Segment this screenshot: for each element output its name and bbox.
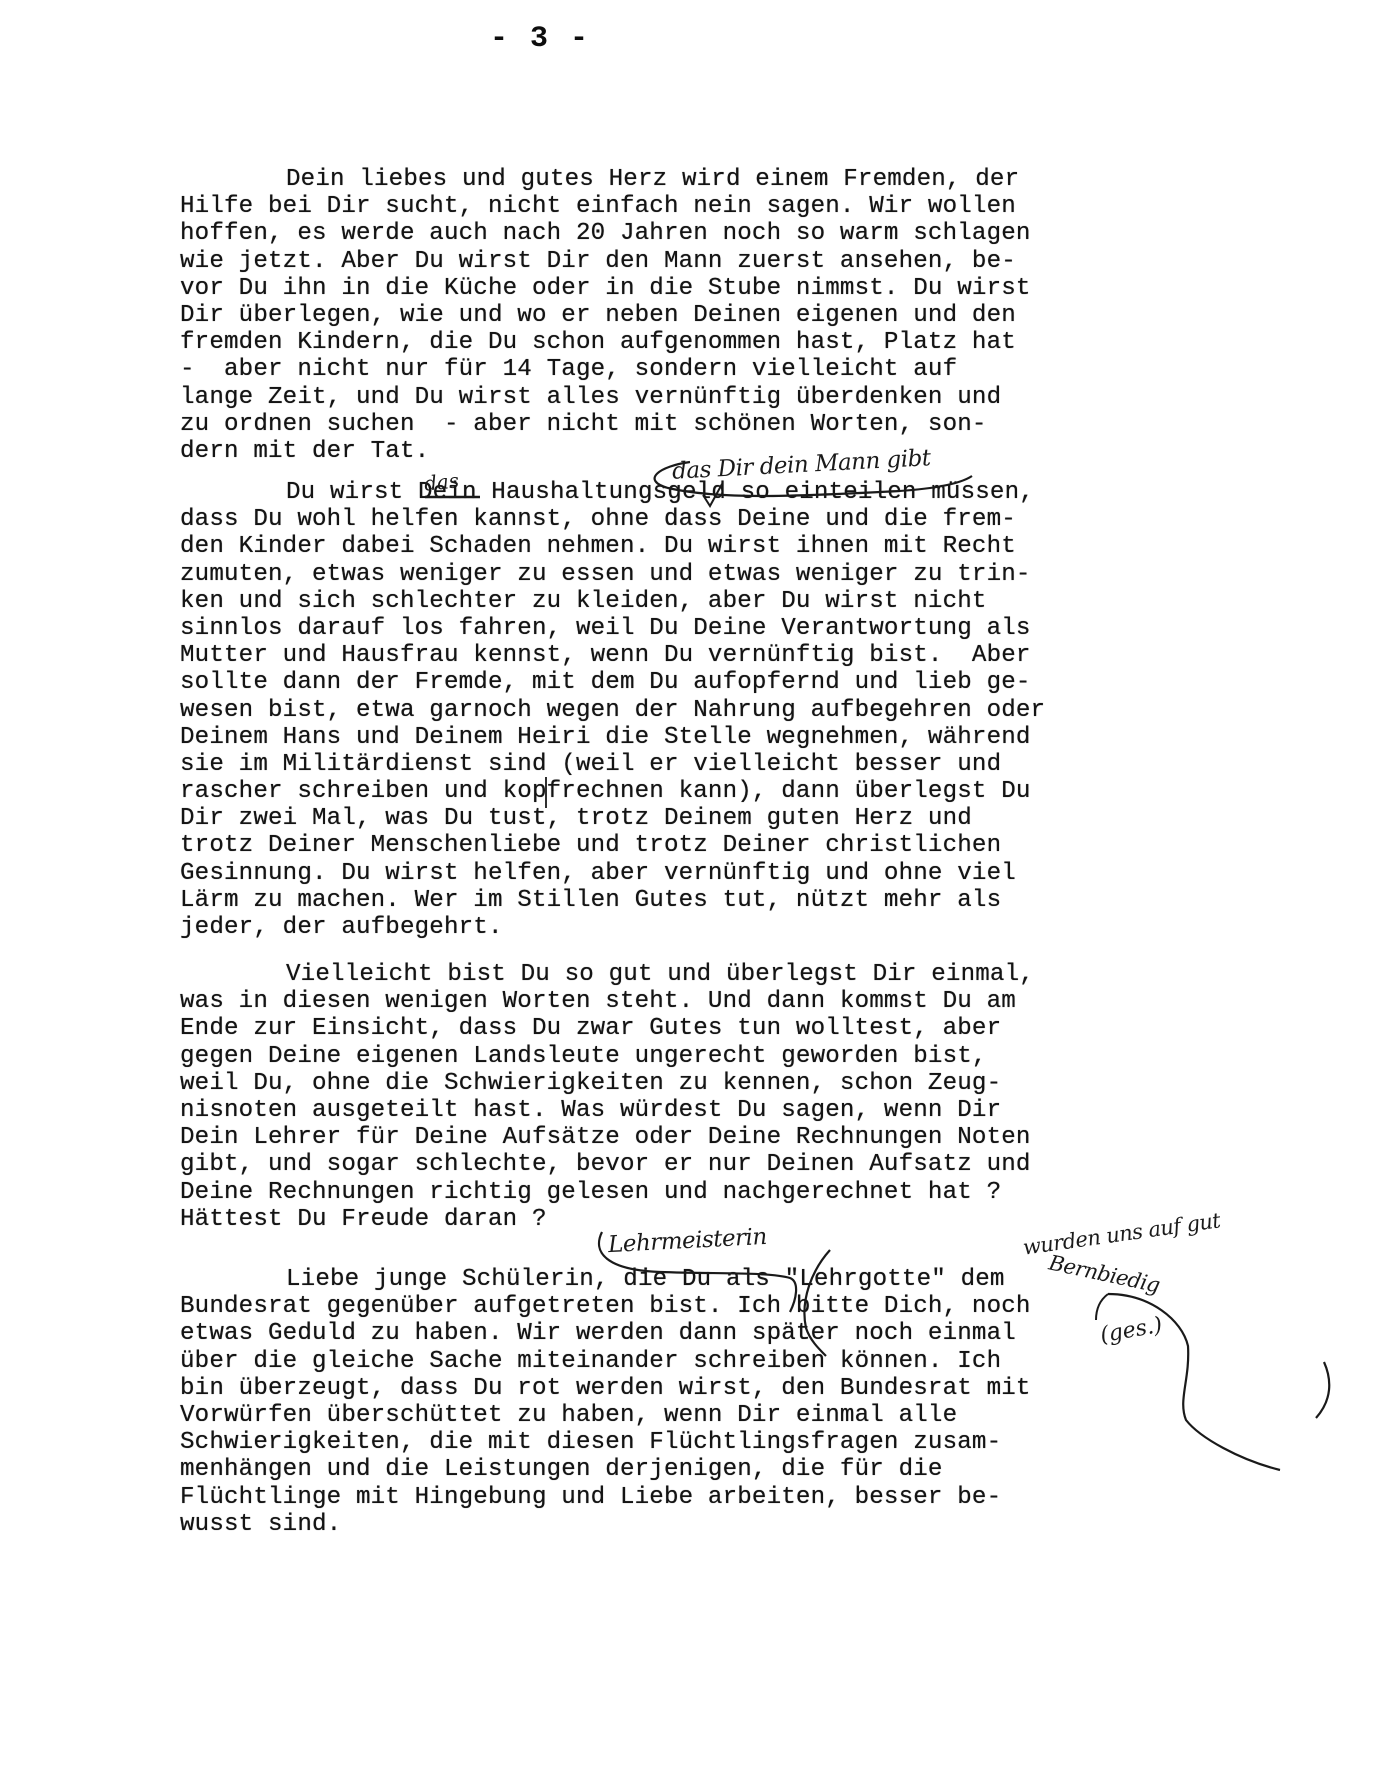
text-line: ken und sich schlechter zu kleiden, aber… — [180, 588, 1045, 615]
text-line: Ende zur Einsicht, dass Du zwar Gutes tu… — [180, 1015, 1034, 1042]
text-line: nisnoten ausgeteilt hast. Was würdest Du… — [180, 1097, 1034, 1124]
page-number: - 3 - — [0, 22, 1080, 56]
paragraph-1: Dein liebes und gutes Herz wird einem Fr… — [180, 166, 1031, 465]
text-line: menhängen und die Leistungen derjenigen,… — [180, 1456, 1031, 1483]
text-line: fremden Kindern, die Du schon aufgenomme… — [180, 329, 1031, 356]
text-line: Dein Lehrer für Deine Aufsätze oder Dein… — [180, 1124, 1034, 1151]
text-line: zu ordnen suchen - aber nicht mit schöne… — [180, 411, 1031, 438]
paragraph-4: Liebe junge Schülerin, die Du als "Lehrg… — [180, 1266, 1031, 1538]
text-line: wesen bist, etwa garnoch wegen der Nahru… — [180, 697, 1045, 724]
text-line: - aber nicht nur für 14 Tage, sondern vi… — [180, 356, 1031, 383]
text-line: zumuten, etwas weniger zu essen und etwa… — [180, 561, 1045, 588]
text-line: Liebe junge Schülerin, die Du als "Lehrg… — [180, 1266, 1031, 1293]
text-line: Deine Rechnungen richtig gelesen und nac… — [180, 1179, 1034, 1206]
handwritten-insert-das: das — [423, 468, 460, 496]
text-line: Vorwürfen überschüttet zu haben, wenn Di… — [180, 1402, 1031, 1429]
text-line: rascher schreiben und kopfrechnen kann),… — [180, 778, 1045, 805]
text-line: wusst sind. — [180, 1511, 1031, 1538]
text-line: Deinem Hans und Deinem Heiri die Stelle … — [180, 724, 1045, 751]
text-line: Gesinnung. Du wirst helfen, aber vernünf… — [180, 860, 1045, 887]
text-line: Vielleicht bist Du so gut und überlegst … — [180, 961, 1034, 988]
text-line: jeder, der aufbegehrt. — [180, 914, 1045, 941]
text-line: weil Du, ohne die Schwierigkeiten zu ken… — [180, 1070, 1034, 1097]
text-line: Flüchtlinge mit Hingebung und Liebe arbe… — [180, 1484, 1031, 1511]
text-line: bin überzeugt, dass Du rot werden wirst,… — [180, 1375, 1031, 1402]
handwritten-margin-note-3: (ges.) — [1098, 1313, 1164, 1348]
text-line: über die gleiche Sache miteinander schre… — [180, 1348, 1031, 1375]
text-line: sollte dann der Fremde, mit dem Du aufop… — [180, 669, 1045, 696]
text-line: Du wirst Dein Haushaltungsgeld so eintei… — [180, 479, 1045, 506]
text-line: Schwierigkeiten, die mit diesen Flüchtli… — [180, 1429, 1031, 1456]
text-line: was in diesen wenigen Worten steht. Und … — [180, 988, 1034, 1015]
text-line: den Kinder dabei Schaden nehmen. Du wirs… — [180, 533, 1045, 560]
paragraph-2: Du wirst Dein Haushaltungsgeld so eintei… — [180, 479, 1045, 941]
text-line: hoffen, es werde auch nach 20 Jahren noc… — [180, 220, 1031, 247]
text-line: Dir zwei Mal, was Du tust, trotz Deinem … — [180, 805, 1045, 832]
text-line: Dein liebes und gutes Herz wird einem Fr… — [180, 166, 1031, 193]
text-line: dass Du wohl helfen kannst, ohne dass De… — [180, 506, 1045, 533]
text-line: sinnlos darauf los fahren, weil Du Deine… — [180, 615, 1045, 642]
text-line: Lärm zu machen. Wer im Stillen Gutes tut… — [180, 887, 1045, 914]
paragraph-3: Vielleicht bist Du so gut und überlegst … — [180, 961, 1034, 1233]
text-line: Dir überlegen, wie und wo er neben Deine… — [180, 302, 1031, 329]
text-line: vor Du ihn in die Küche oder in die Stub… — [180, 275, 1031, 302]
text-line: gegen Deine eigenen Landsleute ungerecht… — [180, 1043, 1034, 1070]
text-line: trotz Deiner Menschenliebe und trotz Dei… — [180, 832, 1045, 859]
handwritten-margin-note-2: Bernbiedig — [1047, 1251, 1162, 1298]
text-line: gibt, und sogar schlechte, bevor er nur … — [180, 1151, 1034, 1178]
text-line: etwas Geduld zu haben. Wir werden dann s… — [180, 1320, 1031, 1347]
text-line: Bundesrat gegenüber aufgetreten bist. Ic… — [180, 1293, 1031, 1320]
text-line: Mutter und Hausfrau kennst, wenn Du vern… — [180, 642, 1045, 669]
text-line: wie jetzt. Aber Du wirst Dir den Mann zu… — [180, 248, 1031, 275]
text-line: sie im Militärdienst sind (weil er viell… — [180, 751, 1045, 778]
text-line: Hilfe bei Dir sucht, nicht einfach nein … — [180, 193, 1031, 220]
text-line: Hättest Du Freude daran ? — [180, 1206, 1034, 1233]
text-line: lange Zeit, und Du wirst alles vernünfti… — [180, 384, 1031, 411]
